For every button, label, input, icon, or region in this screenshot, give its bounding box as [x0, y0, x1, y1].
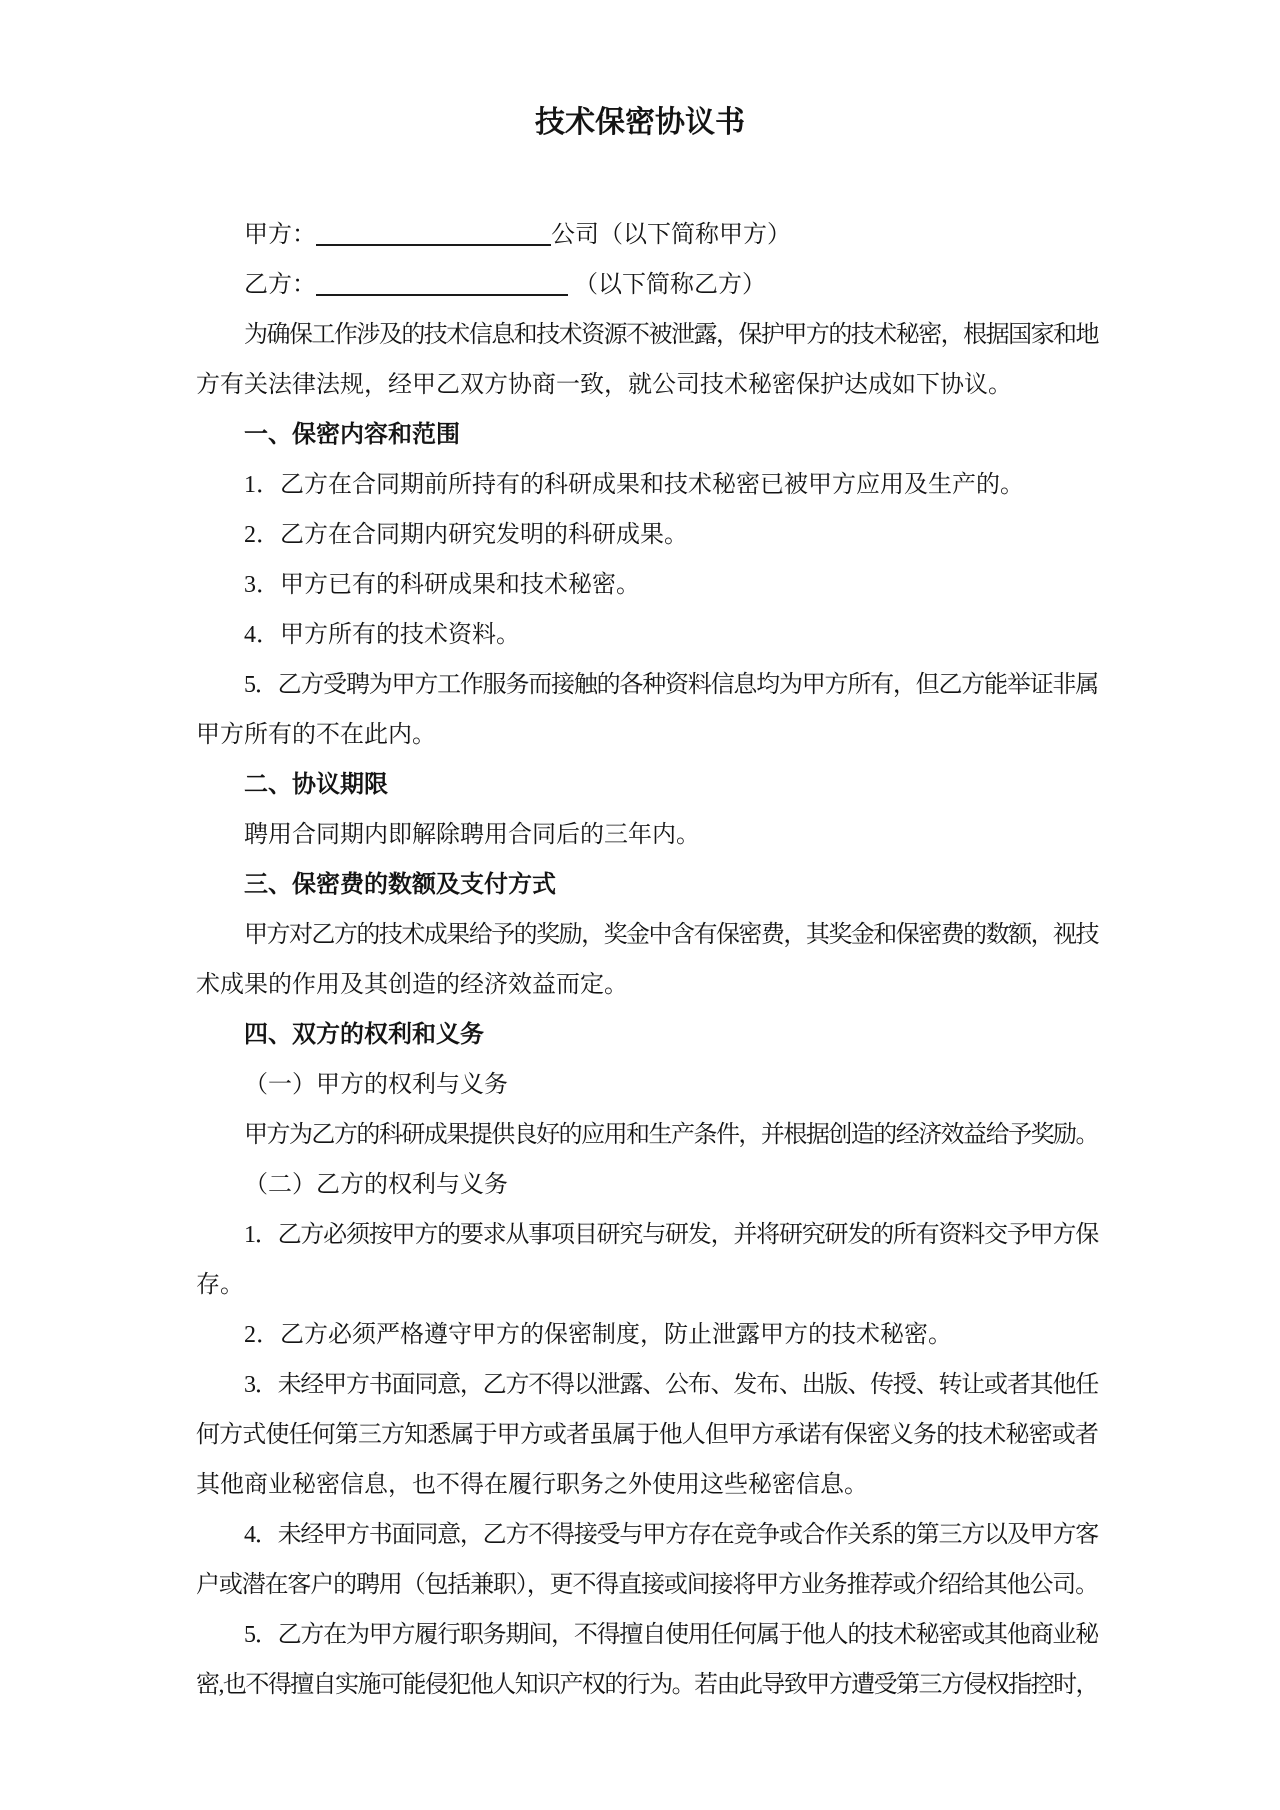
- text-line: 甲方为乙方的科研成果提供良好的应用和生产条件，并根据创造的经济效益给予奖励。: [196, 1110, 1098, 1160]
- text-line: （一）甲方的权利与义务: [196, 1060, 1098, 1110]
- text-line: 2．乙方必须严格遵守甲方的保密制度，防止泄露甲方的技术秘密。: [196, 1310, 1098, 1360]
- text-line: 户或潜在客户的聘用（包括兼职），更不得直接或间接将甲方业务推荐或介绍给其他公司。: [196, 1560, 1098, 1610]
- text-line: 存。: [196, 1260, 1098, 1310]
- party-line: 甲方：公司（以下简称甲方）: [196, 210, 1098, 260]
- text-line: 何方式使任何第三方知悉属于甲方或者虽属于他人但甲方承诺有保密义务的技术秘密或者: [196, 1410, 1098, 1460]
- text-line: 甲方所有的不在此内。: [196, 710, 1098, 760]
- text-line: 4．甲方所有的技术资料。: [196, 610, 1098, 660]
- text-line: 1．乙方必须按甲方的要求从事项目研究与研发，并将研究研发的所有资料交予甲方保: [196, 1210, 1098, 1260]
- text-line: （二）乙方的权利与义务: [196, 1160, 1098, 1210]
- text-line: 方有关法律法规，经甲乙双方协商一致，就公司技术秘密保护达成如下协议。: [196, 360, 1098, 410]
- text-line: 4．未经甲方书面同意，乙方不得接受与甲方存在竞争或合作关系的第三方以及甲方客: [196, 1510, 1098, 1560]
- text-line: 三、保密费的数额及支付方式: [196, 860, 1098, 910]
- text-line: 甲方对乙方的技术成果给予的奖励，奖金中含有保密费，其奖金和保密费的数额，视技: [196, 910, 1098, 960]
- text-line: 其他商业秘密信息，也不得在履行职务之外使用这些秘密信息。: [196, 1460, 1098, 1510]
- text-line: 3．甲方已有的科研成果和技术秘密。: [196, 560, 1098, 610]
- party-label: 甲方：: [244, 222, 316, 248]
- text-line: 密,也不得擅自实施可能侵犯他人知识产权的行为。若由此导致甲方遭受第三方侵权指控时…: [196, 1660, 1098, 1710]
- party-suffix: 公司（以下简称甲方）: [551, 222, 791, 248]
- document-page: 技术保密协议书 甲方：公司（以下简称甲方）乙方： （以下简称乙方）为确保工作涉及…: [0, 0, 1280, 1810]
- text-line: 术成果的作用及其创造的经济效益而定。: [196, 960, 1098, 1010]
- document-body: 甲方：公司（以下简称甲方）乙方： （以下简称乙方）为确保工作涉及的技术信息和技术…: [196, 210, 1098, 1710]
- party-line: 乙方： （以下简称乙方）: [196, 260, 1098, 310]
- party-label: 乙方：: [244, 272, 316, 298]
- text-line: 一、保密内容和范围: [196, 410, 1098, 460]
- text-line: 5．乙方受聘为甲方工作服务而接触的各种资料信息均为甲方所有，但乙方能举证非属: [196, 660, 1098, 710]
- text-line: 2．乙方在合同期内研究发明的科研成果。: [196, 510, 1098, 560]
- text-line: 5．乙方在为甲方履行职务期间，不得擅自使用任何属于他人的技术秘密或其他商业秘: [196, 1610, 1098, 1660]
- text-line: 四、双方的权利和义务: [196, 1010, 1098, 1060]
- blank-underline: [316, 268, 568, 296]
- blank-underline: [316, 218, 551, 246]
- text-line: 3．未经甲方书面同意，乙方不得以泄露、公布、发布、出版、传授、转让或者其他任: [196, 1360, 1098, 1410]
- text-line: 为确保工作涉及的技术信息和技术资源不被泄露，保护甲方的技术秘密，根据国家和地: [196, 310, 1098, 360]
- document-title: 技术保密协议书: [0, 107, 1280, 139]
- text-line: 1．乙方在合同期前所持有的科研成果和技术秘密已被甲方应用及生产的。: [196, 460, 1098, 510]
- text-line: 二、协议期限: [196, 760, 1098, 810]
- text-line: 聘用合同期内即解除聘用合同后的三年内。: [196, 810, 1098, 860]
- party-suffix: （以下简称乙方）: [568, 272, 766, 298]
